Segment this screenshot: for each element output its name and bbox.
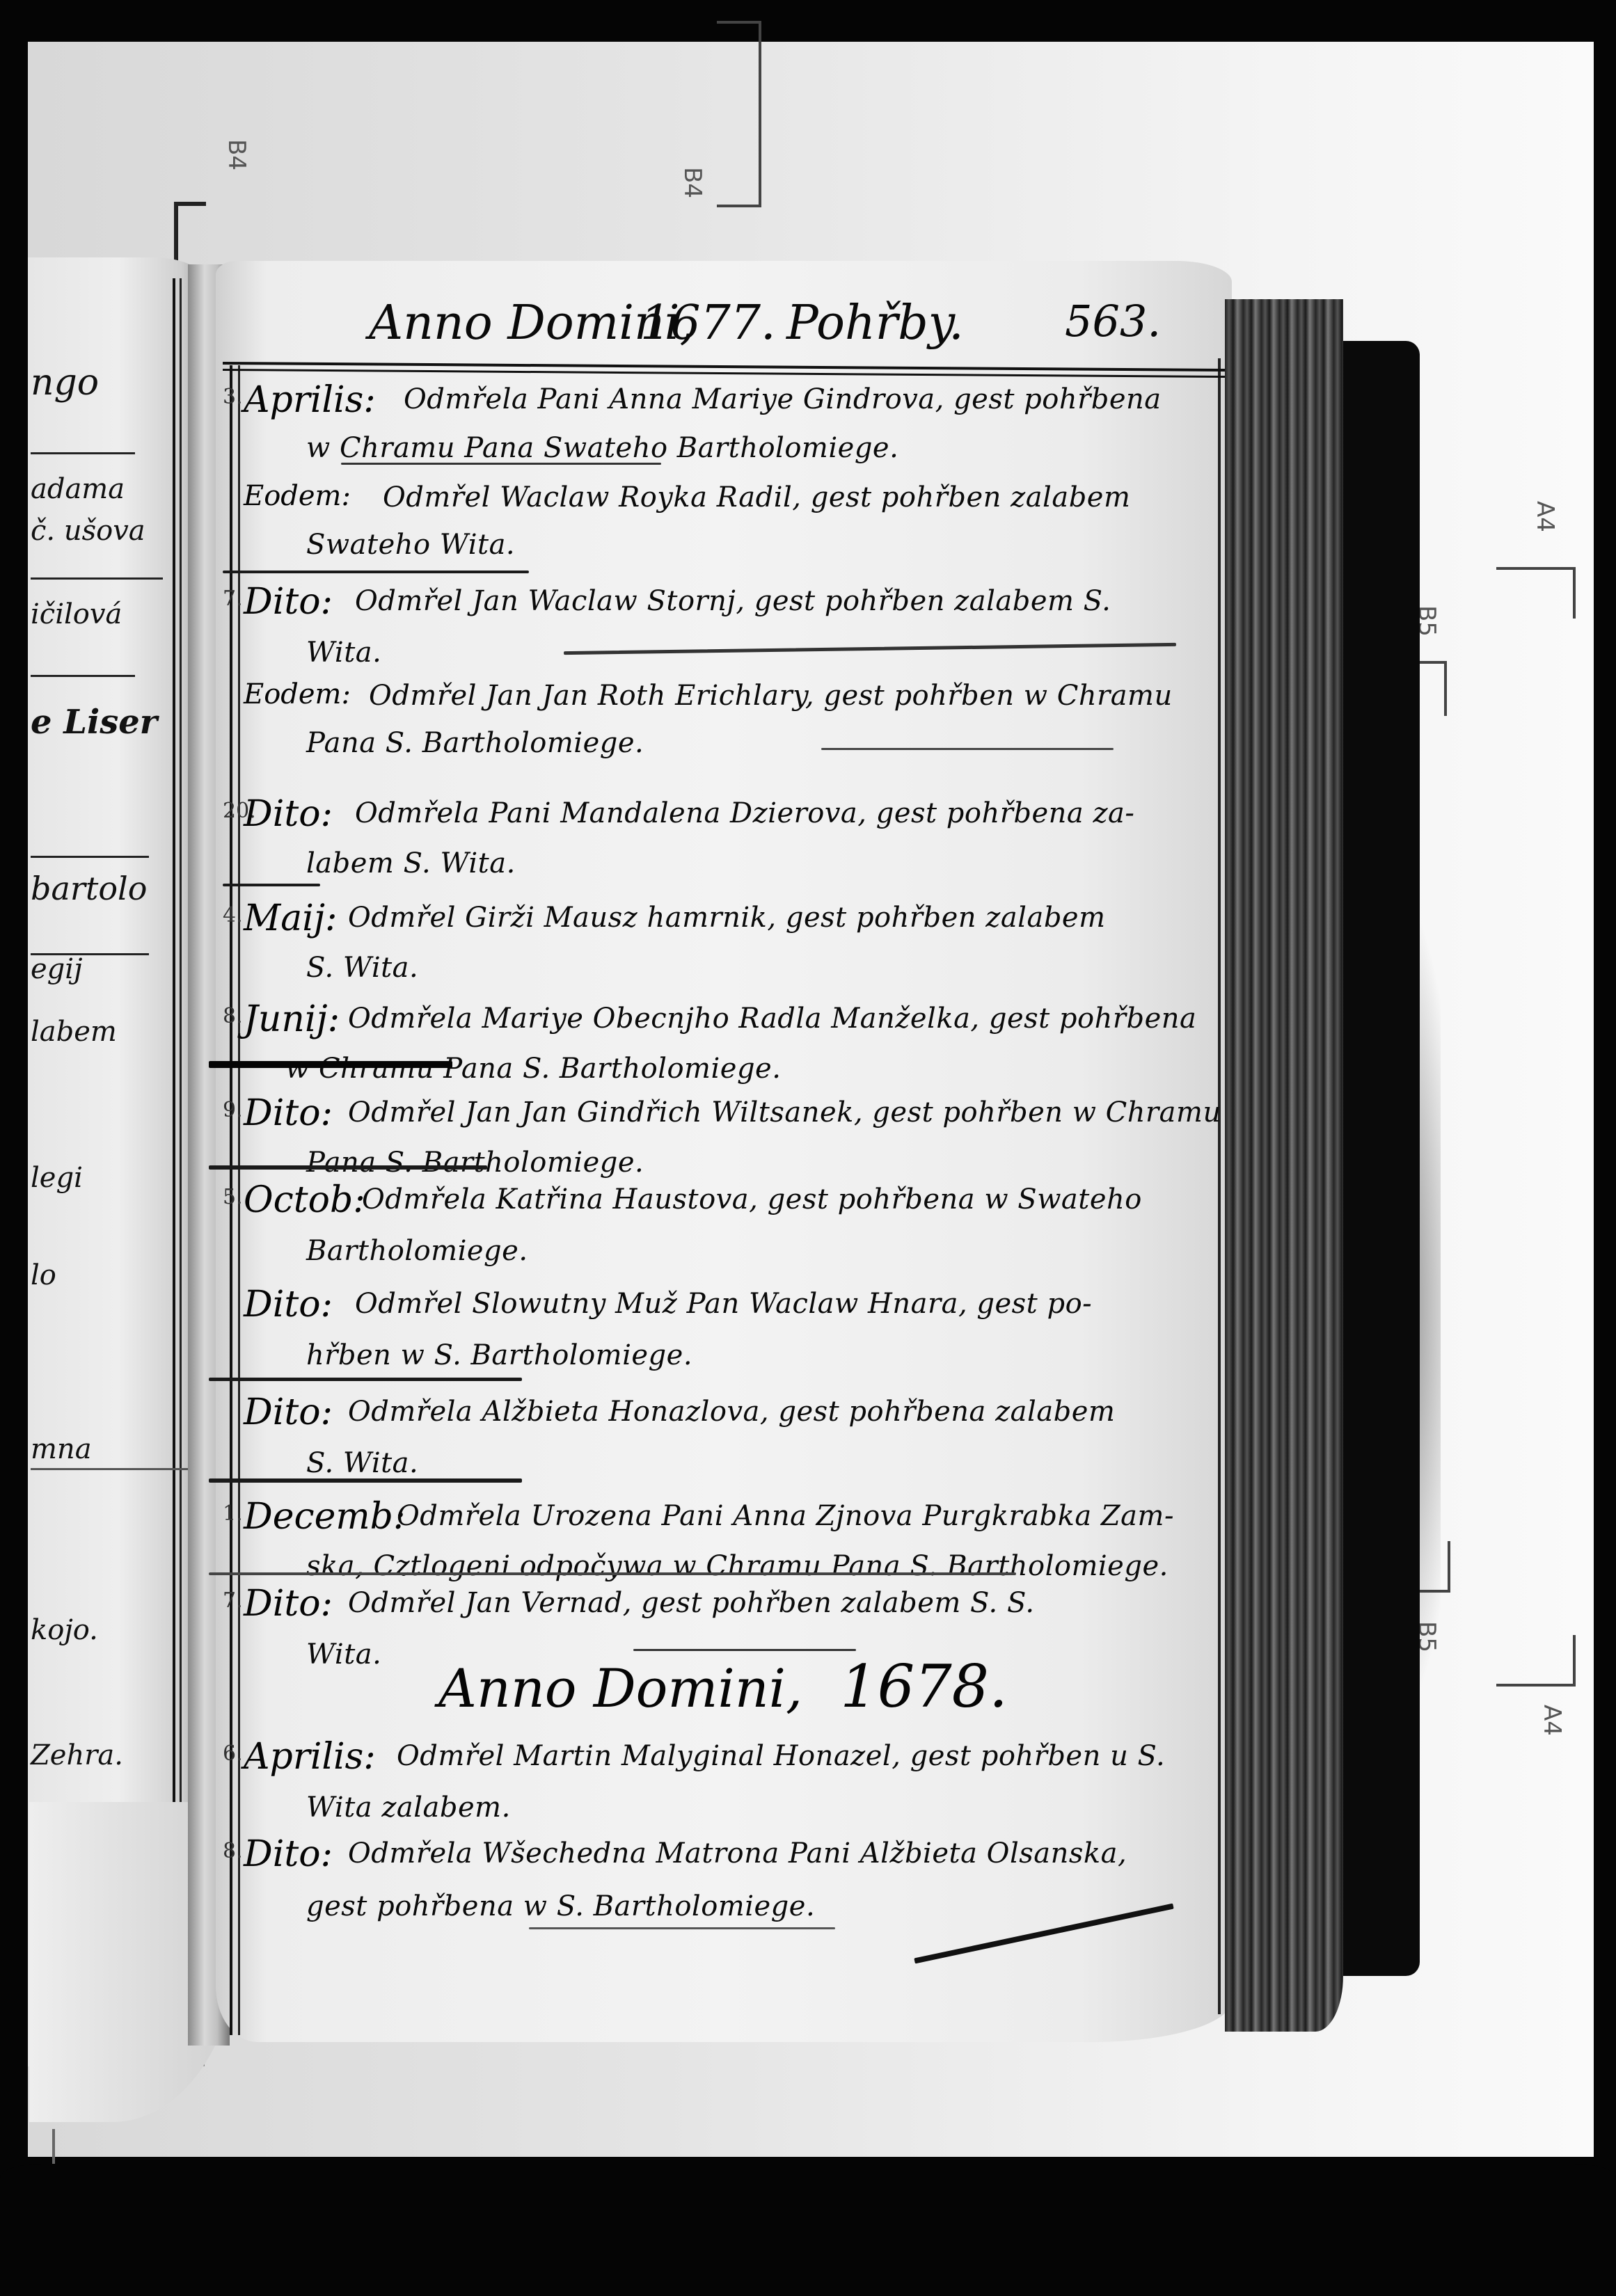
entry-date: Octob: <box>244 1179 365 1221</box>
entry-day: 7. <box>223 1588 243 1613</box>
entry-separator <box>564 643 1176 655</box>
entry-line: Odmřel Slowutny Muž Pan Waclaw Hnara, ge… <box>355 1288 1092 1320</box>
crop-marker-b4-top-left: B4 <box>223 139 251 170</box>
left-rule <box>31 1468 191 1470</box>
entry-date: Dito: <box>244 1092 333 1134</box>
entry-separator <box>223 571 529 573</box>
entry-day: 5. <box>223 1185 243 1209</box>
ink-smear <box>209 1061 452 1068</box>
ink-underline <box>633 1649 856 1651</box>
entry-date: Dito: <box>244 1583 333 1625</box>
crop-bracket-top-center <box>717 21 761 207</box>
crop-bracket-a4-upper <box>1496 567 1576 619</box>
left-fragment: e Liser <box>31 703 157 742</box>
entry-line: Odmřela Mariye Obecnjho Radla Manželka, … <box>348 1003 1196 1035</box>
entry-date: Dito: <box>244 1833 333 1875</box>
entry-separator <box>209 1572 1016 1575</box>
entry-day: 4. <box>223 903 243 927</box>
entry-separator <box>223 884 320 886</box>
entry-date: Maij: <box>244 898 338 939</box>
entry-date: Eodem: <box>244 678 351 710</box>
entry-line: w Chramu Pana Swateho Bartholomiege. <box>306 432 898 464</box>
left-fragment: ngo <box>31 362 99 404</box>
entry-line: Odmřel Girži Mausz hamrnik, gest pohřben… <box>348 902 1106 934</box>
entry-line: Wita. <box>306 1639 381 1671</box>
film-border-top <box>0 0 1616 22</box>
header-year: 1677. <box>640 296 776 351</box>
left-page-margin-rule-inner <box>180 278 182 2018</box>
header-record-type: Pohřby. <box>786 296 964 351</box>
entry-day: 1. <box>223 1501 243 1526</box>
entry-day: 8. <box>223 1839 243 1863</box>
entry-line: Swateho Wita. <box>306 529 515 561</box>
entry-line: Odmřela Pani Mandalena Dzierova, gest po… <box>355 797 1134 829</box>
left-page-margin-rule <box>173 278 175 2018</box>
ink-flourish <box>914 1904 1173 1964</box>
left-fragment: bartolo <box>31 870 147 907</box>
margin-rule-right <box>1218 358 1221 2014</box>
entry-line: Odmřela Alžbieta Honazlova, gest pohřben… <box>348 1396 1115 1428</box>
entry-date: Decemb: <box>244 1496 405 1538</box>
right-page: Anno Domini, 1677. Pohřby. 563. 3. April… <box>216 261 1232 2042</box>
entry-date: Dito: <box>244 793 333 835</box>
left-fragment: mna <box>31 1433 92 1465</box>
film-border-left <box>0 0 29 2296</box>
ink-underline <box>821 748 1114 750</box>
entry-date: Dito: <box>244 581 333 623</box>
page-number: 563. <box>1065 296 1161 346</box>
entry-day: 8. <box>223 1004 243 1028</box>
entry-line: Odmřel Waclaw Royka Radil, gest pohřben … <box>383 481 1130 513</box>
film-border-bottom <box>0 2164 1616 2296</box>
entry-line: hřben w S. Bartholomiege. <box>306 1339 692 1371</box>
entry-line: Wita. <box>306 637 381 669</box>
book-fore-edge <box>1225 299 1343 2032</box>
year-heading-year: 1678. <box>840 1652 1007 1721</box>
entry-line: gest pohřbena w S. Bartholomiege. <box>306 1890 815 1922</box>
entry-date: Eodem: <box>244 480 351 512</box>
entry-line: Odmřel Jan Jan Gindřich Wiltsanek, gest … <box>348 1097 1221 1129</box>
left-fragment: legi <box>31 1162 83 1194</box>
left-fragment: ičilová <box>31 598 122 630</box>
entry-date: Dito: <box>244 1284 333 1325</box>
entry-line: Odmřela Urozena Pani Anna Zjnova Purgkra… <box>397 1500 1174 1532</box>
entry-date: Aprilis: <box>244 1736 376 1778</box>
entry-date: Dito: <box>244 1392 333 1433</box>
left-fragment: lo <box>31 1259 56 1291</box>
entry-day: 9. <box>223 1098 243 1122</box>
left-fragment: Zehra. <box>31 1739 123 1771</box>
entry-line: labem S. Wita. <box>306 847 516 879</box>
entry-line: Odmřela Wšechedna Matrona Pani Alžbieta … <box>348 1837 1127 1870</box>
left-rule <box>31 577 163 580</box>
entry-separator <box>209 1478 522 1483</box>
left-fragment: kojo. <box>31 1614 98 1646</box>
entry-line: Odmřel Jan Jan Roth Erichlary, gest pohř… <box>369 680 1173 712</box>
entry-line: Odmřela Katřina Haustova, gest pohřbena … <box>362 1183 1142 1215</box>
entry-line: Odmřela Pani Anna Mariye Gindrova, gest … <box>404 383 1162 415</box>
ink-underline <box>341 463 661 465</box>
crop-marker-b4-top-center: B4 <box>679 167 706 198</box>
entry-separator <box>209 1378 522 1381</box>
left-rule <box>31 856 149 858</box>
left-rule <box>31 452 135 454</box>
entry-line: Odmřel Jan Vernad, gest pohřben zalabem … <box>348 1587 1035 1619</box>
left-page: ngo adama č. ušova ičilová e Liser barto… <box>28 257 209 2066</box>
entry-line: Wita zalabem. <box>306 1792 511 1824</box>
entry-date: Junij: <box>244 998 340 1040</box>
entry-date: Aprilis: <box>244 379 376 421</box>
year-heading-1678: Anno Domini, 1678. <box>438 1652 1008 1721</box>
ink-underline <box>529 1927 835 1929</box>
book-cover-edge <box>1343 341 1420 1976</box>
entry-day: 6. <box>223 1741 243 1766</box>
entry-line: ska, Cztlogeni odpočywa w Chramu Pana S.… <box>306 1550 1169 1582</box>
crop-marker-a4-upper: A4 <box>1531 501 1559 532</box>
page-header: Anno Domini, 1677. Pohřby. 563. <box>369 289 1204 358</box>
left-rule <box>31 675 135 677</box>
left-fragment: egij <box>31 953 82 985</box>
entry-line: w Chramu Pana S. Bartholomiege. <box>285 1053 781 1085</box>
entry-line: Odmřel Martin Malyginal Honazel, gest po… <box>397 1740 1165 1772</box>
left-fragment: adama <box>31 473 125 505</box>
entry-day: 7. <box>223 587 243 611</box>
entry-line: Bartholomiege. <box>306 1235 528 1267</box>
entry-line: Pana S. Bartholomiege. <box>306 727 644 759</box>
entry-separator <box>209 1165 487 1170</box>
entry-line: Pana S. Bartholomiege. <box>306 1147 644 1179</box>
left-fragment: č. ušova <box>31 515 145 547</box>
entry-line: Odmřel Jan Waclaw Stornj, gest pohřben z… <box>355 585 1111 617</box>
crop-bracket-a4-lower <box>1496 1635 1576 1687</box>
left-fragment: labem <box>31 1016 117 1048</box>
entry-line: S. Wita. <box>306 952 418 984</box>
crop-marker-a4-lower: A4 <box>1538 1705 1566 1736</box>
entry-line: S. Wita. <box>306 1447 418 1479</box>
year-heading-anno: Anno Domini, <box>438 1657 802 1719</box>
entry-day: 3. <box>223 385 243 409</box>
